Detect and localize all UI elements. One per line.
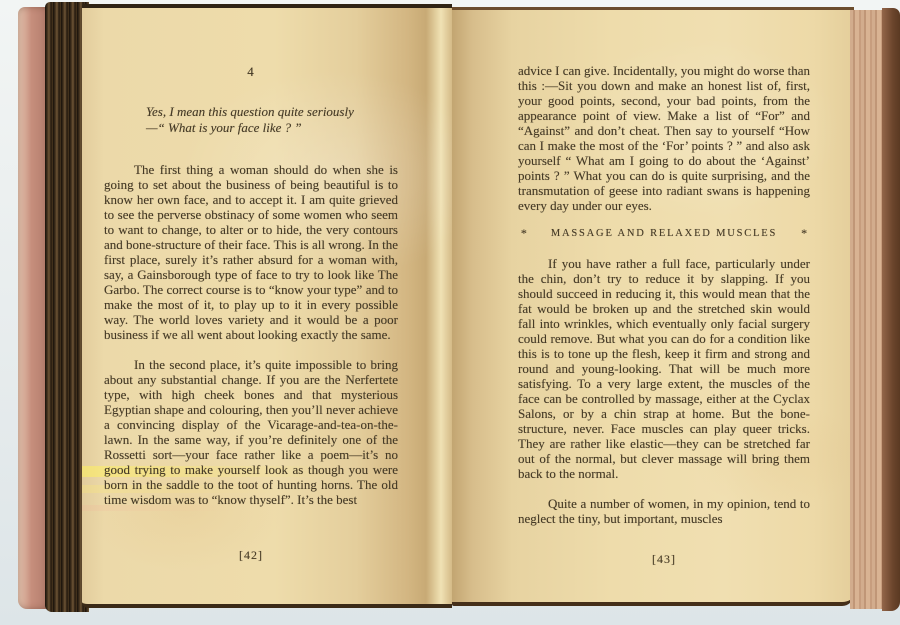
epigraph-line: —“ What is your face like ? ”	[146, 120, 398, 136]
section-heading: * MASSAGE AND RELAXED MUSCLES *	[518, 226, 810, 241]
asterisk-ornament-right: *	[801, 226, 807, 241]
paragraph: In the second place, it’s quite impossib…	[104, 357, 398, 507]
epigraph-line: Yes, I mean this question quite seriousl…	[146, 104, 398, 120]
folio-left: [42]	[104, 548, 398, 563]
asterisk-ornament-left: *	[521, 226, 527, 241]
epigraph: Yes, I mean this question quite seriousl…	[146, 104, 398, 136]
left-cover-edge	[18, 7, 48, 609]
paragraph: The first thing a woman should do when s…	[104, 162, 398, 342]
chapter-number: 4	[104, 64, 398, 79]
left-page-block: 4 Yes, I mean this question quite seriou…	[18, 2, 452, 612]
open-book-scan: 4 Yes, I mean this question quite seriou…	[0, 0, 900, 625]
paragraph: advice I can give. Incidentally, you mig…	[518, 63, 810, 213]
left-page-text-column: 4 Yes, I mean this question quite seriou…	[104, 64, 398, 507]
right-page-edge-stack	[850, 10, 884, 609]
right-page-text-column: advice I can give. Incidentally, you mig…	[518, 63, 810, 526]
paragraph: Quite a number of women, in my opinion, …	[518, 496, 810, 526]
paragraph: If you have rather a full face, particul…	[518, 256, 810, 481]
folio-right: [43]	[518, 552, 810, 567]
right-cover-edge	[882, 8, 900, 611]
right-page-block: advice I can give. Incidentally, you mig…	[452, 7, 900, 611]
section-heading-label: MASSAGE AND RELAXED MUSCLES	[551, 226, 777, 241]
